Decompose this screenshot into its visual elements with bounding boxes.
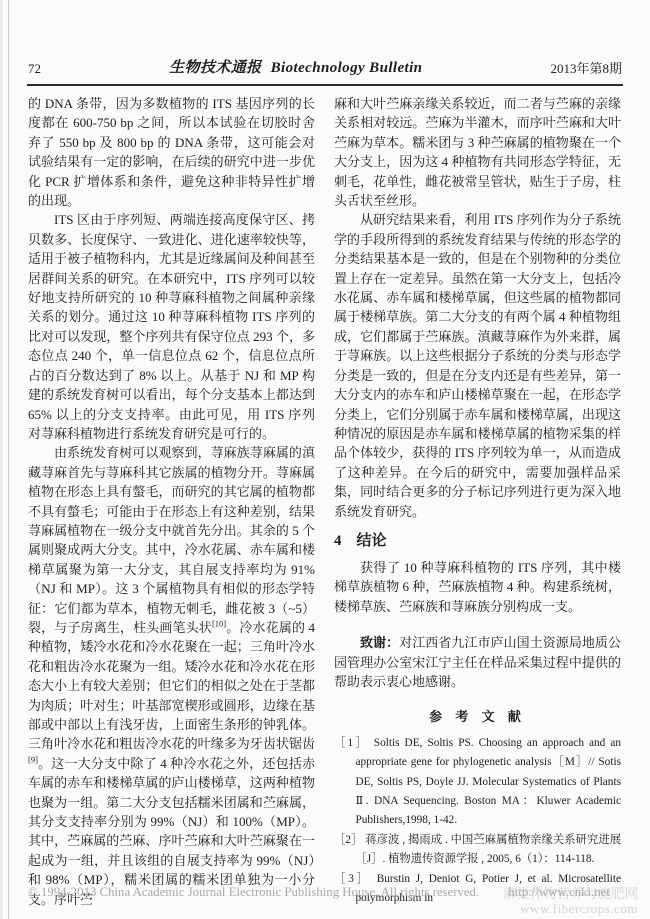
body-paragraph: 从研究结果来看，利用 ITS 序列作为分子系统学的手段所得到的系统发育结果与传统… xyxy=(334,210,621,521)
citation-superscript: [9] xyxy=(28,754,38,764)
text-segment: 获得了 10 种荨麻科植物的 ITS 序列，其中楼梯草族植物 6 种，苎麻族植物… xyxy=(334,560,621,614)
copyright-footer: © 1994-2013 China Academic Journal Elect… xyxy=(28,885,650,900)
scan-edge-line xyxy=(8,0,9,919)
text-segment: 参 考 文 献 xyxy=(429,709,526,724)
text-segment: 。冷水花属的 4 种植物，矮冷水花和冷水花聚在一起；三角叶冷水花和粗齿冷水花聚为… xyxy=(28,620,315,751)
text-segment: 致谢： xyxy=(360,635,399,650)
reference-item: ［2］ 蒋彦波 , 揭雨成 . 中国苎麻属植物亲缘关系研究进展［J］. 植物遗传… xyxy=(334,831,621,870)
citation-superscript: [10] xyxy=(212,619,226,629)
journal-title: 生物技术通报 Biotechnology Bulletin xyxy=(169,56,422,77)
body-paragraph: 获得了 10 种荨麻科植物的 ITS 序列，其中楼梯草族植物 6 种，苎麻族植物… xyxy=(334,558,621,616)
article-body: 的 DNA 条带，因为多数植物的 ITS 基因序列的长度都在 600-750 b… xyxy=(28,94,622,909)
journal-title-chinese: 生物技术通报 xyxy=(169,60,261,76)
text-segment: ［1］ Soltis DE, Soltis PS. Choosing an ap… xyxy=(334,737,621,827)
text-segment: 麻和大叶苎麻亲缘关系较近，而二者与苎麻的亲缘关系相对较远。苎麻为半灌木，而序叶苎… xyxy=(334,96,621,208)
issue-label: 2013年第8期 xyxy=(550,58,622,77)
reference-item: ［1］ Soltis DE, Soltis PS. Choosing an ap… xyxy=(334,734,621,831)
watermark-site-url: www.fibercrops.com xyxy=(503,902,638,917)
text-segment: 由系统发育树可以观察到，荨麻族荨麻属的滇藏荨麻首先与荨麻科其它族属的植物分开。荨… xyxy=(28,445,315,635)
scan-edge-band xyxy=(0,0,3,919)
body-paragraph: 由系统发育树可以观察到，荨麻族荨麻属的滇藏荨麻首先与荨麻科其它族属的植物分开。荨… xyxy=(28,443,315,909)
body-paragraph: 的 DNA 条带，因为多数植物的 ITS 基因序列的长度都在 600-750 b… xyxy=(28,94,315,210)
left-column: 的 DNA 条带，因为多数植物的 ITS 基因序列的长度都在 600-750 b… xyxy=(28,94,315,909)
text-segment: 从研究结果来看，利用 ITS 序列作为分子系统学的手段所得到的系统发育结果与传统… xyxy=(334,212,621,518)
references-heading: 参 考 文 献 xyxy=(334,707,621,726)
text-segment: 的 DNA 条带，因为多数植物的 ITS 基因序列的长度都在 600-750 b… xyxy=(28,96,315,208)
copyright-text: © 1994-2013 China Academic Journal Elect… xyxy=(28,885,479,899)
right-column: 麻和大叶苎麻亲缘关系较近，而二者与苎麻的亲缘关系相对较远。苎麻为半灌木，而序叶苎… xyxy=(334,94,621,909)
section-heading-conclusion: 4 结论 xyxy=(334,530,621,553)
header-rule xyxy=(27,84,623,86)
body-paragraph: 麻和大叶苎麻亲缘关系较近，而二者与苎麻的亲缘关系相对较远。苎麻为半灌木，而序叶苎… xyxy=(334,94,621,210)
acknowledgment: 致谢：对江西省九江市庐山国土资源局地质公园管理办公室宋江宁主任在样品采集过程中提… xyxy=(334,633,621,691)
journal-title-english: Biotechnology Bulletin xyxy=(271,60,423,76)
text-segment: 4 结论 xyxy=(334,533,387,549)
text-segment: ITS 区由于序列短、两端连接高度保守区、拷贝数多、长度保守、一致进化、进化速率… xyxy=(28,212,315,440)
page-header: 72 生物技术通报 Biotechnology Bulletin 2013年第8… xyxy=(28,56,622,77)
text-segment: ［2］ 蒋彦波 , 揭雨成 . 中国苎麻属植物亲缘关系研究进展［J］. 植物遗传… xyxy=(334,834,621,865)
cnki-url-text: http://www.cnki.net xyxy=(508,885,610,899)
body-paragraph: ITS 区由于序列短、两端连接高度保守区、拷贝数多、长度保守、一致进化、进化速率… xyxy=(28,210,315,443)
page-number: 72 xyxy=(28,61,41,77)
